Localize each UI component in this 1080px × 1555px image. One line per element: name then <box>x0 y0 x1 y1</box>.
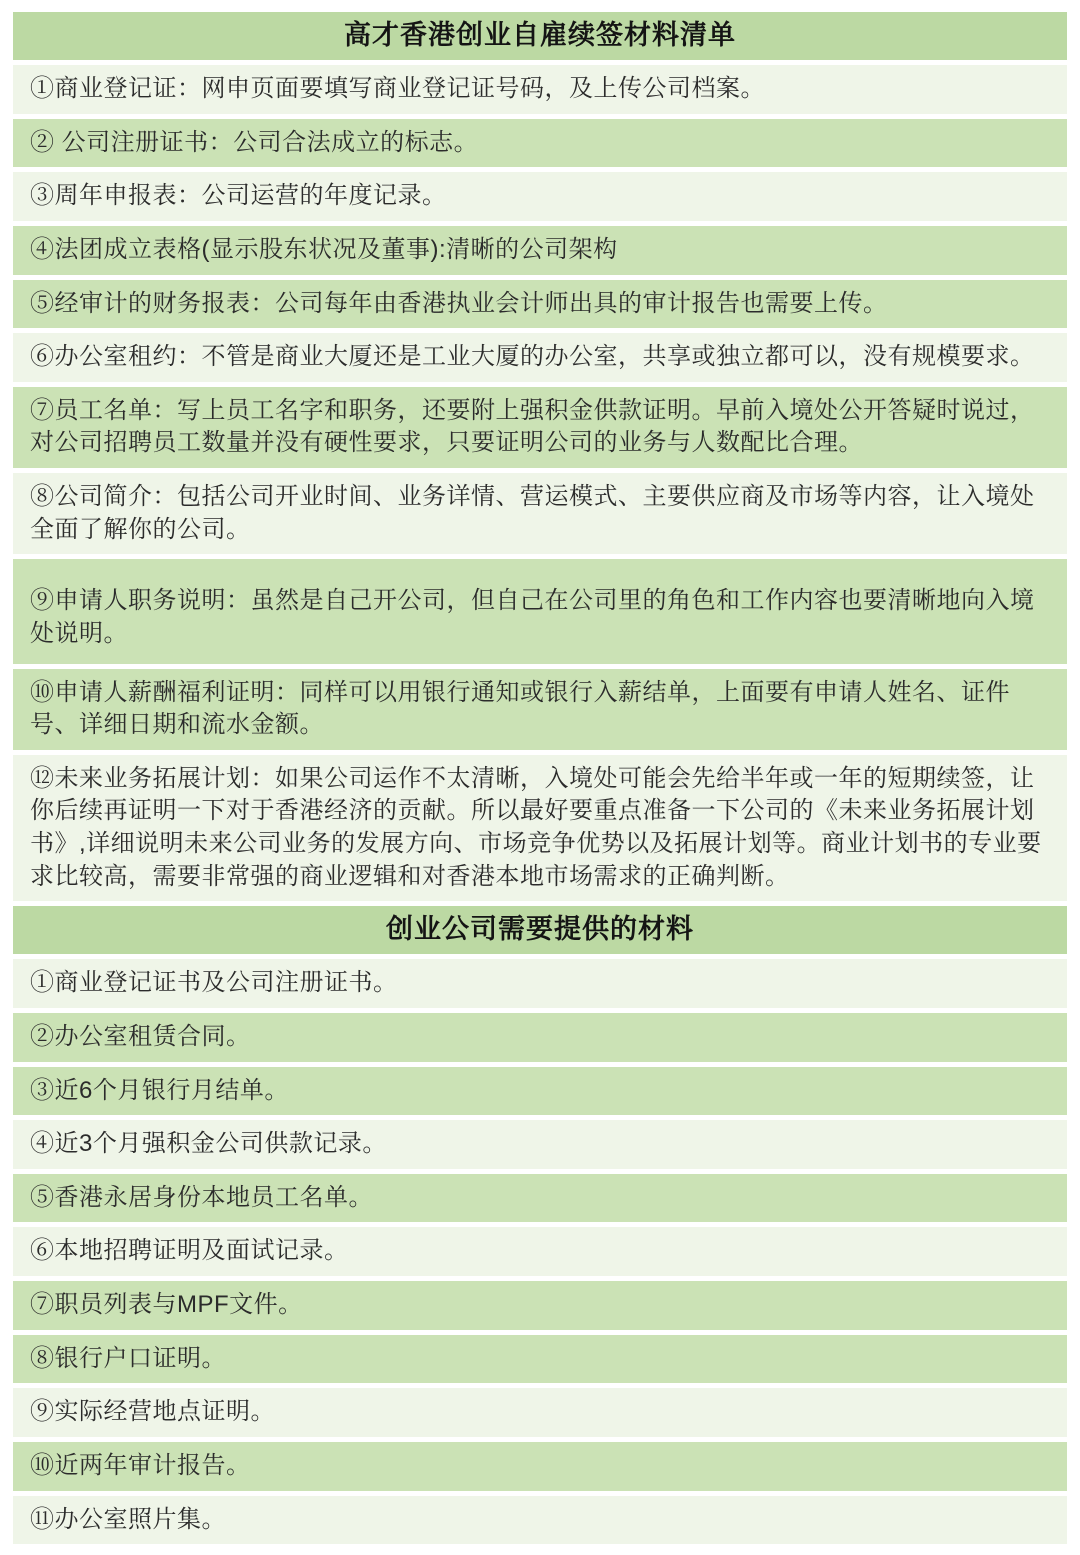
section-header: 高才香港创业自雇续签材料清单 <box>13 12 1067 60</box>
list-item: ②办公室租赁合同。 <box>13 1013 1067 1062</box>
section-startup-materials: 创业公司需要提供的材料 ①商业登记证书及公司注册证书。②办公室租赁合同。③近6个… <box>13 906 1067 1544</box>
materials-checklist-page: 高才香港创业自雇续签材料清单 ①商业登记证：网申页面要填写商业登记证号码，及上传… <box>0 0 1080 1555</box>
list-item: ⑧公司简介：包括公司开业时间、业务详情、营运模式、主要供应商及市场等内容，让入境… <box>13 473 1067 554</box>
list-item: ⑧银行户口证明。 <box>13 1335 1067 1384</box>
list-item: ⑦员工名单：写上员工名字和职务，还要附上强积金供款证明。早前入境处公开答疑时说过… <box>13 387 1067 468</box>
list-item: ④法团成立表格(显示股东状况及董事):清晰的公司架构 <box>13 226 1067 275</box>
list-item: ⑨实际经营地点证明。 <box>13 1388 1067 1437</box>
list-item: ⑩近两年审计报告。 <box>13 1442 1067 1491</box>
list-item: ⑤经审计的财务报表：公司每年由香港执业会计师出具的审计报告也需要上传。 <box>13 280 1067 329</box>
section-highcaliber-renewal: 高才香港创业自雇续签材料清单 ①商业登记证：网申页面要填写商业登记证号码，及上传… <box>13 12 1067 901</box>
row-list: ①商业登记证书及公司注册证书。②办公室租赁合同。③近6个月银行月结单。④近3个月… <box>13 959 1067 1544</box>
list-item: ⑤香港永居身份本地员工名单。 <box>13 1174 1067 1223</box>
section-header: 创业公司需要提供的材料 <box>13 906 1067 954</box>
row-list: ①商业登记证：网申页面要填写商业登记证号码，及上传公司档案。② 公司注册证书：公… <box>13 65 1067 901</box>
list-item: ⑫未来业务拓展计划：如果公司运作不太清晰，入境处可能会先给半年或一年的短期续签，… <box>13 755 1067 902</box>
list-item: ⑥本地招聘证明及面试记录。 <box>13 1227 1067 1276</box>
list-item: ⑦职员列表与MPF文件。 <box>13 1281 1067 1330</box>
list-item: ①商业登记证书及公司注册证书。 <box>13 959 1067 1008</box>
list-item: ③周年申报表：公司运营的年度记录。 <box>13 172 1067 221</box>
list-item: ② 公司注册证书：公司合法成立的标志。 <box>13 119 1067 168</box>
list-item: ③近6个月银行月结单。 <box>13 1067 1067 1116</box>
list-item: ⑥办公室租约：不管是商业大厦还是工业大厦的办公室，共享或独立都可以，没有规模要求… <box>13 333 1067 382</box>
list-item: ④近3个月强积金公司供款记录。 <box>13 1120 1067 1169</box>
list-item: ⑨申请人职务说明：虽然是自己开公司，但自己在公司里的角色和工作内容也要清晰地向入… <box>13 559 1067 663</box>
list-item: ⑪办公室照片集。 <box>13 1496 1067 1545</box>
list-item: ⑩申请人薪酬福利证明：同样可以用银行通知或银行入薪结单，上面要有申请人姓名、证件… <box>13 669 1067 750</box>
list-item: ①商业登记证：网申页面要填写商业登记证号码，及上传公司档案。 <box>13 65 1067 114</box>
